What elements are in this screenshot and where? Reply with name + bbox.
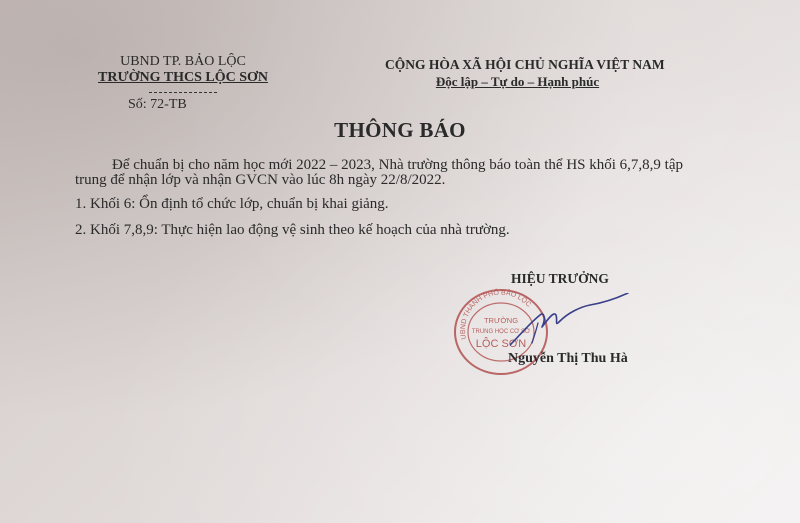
signer-position: HIỆU TRƯỞNG bbox=[511, 271, 609, 287]
nation-name: CỘNG HÒA XÃ HỘI CHỦ NGHĨA VIỆT NAM bbox=[385, 57, 650, 73]
header-left: UBND TP. BẢO LỘC TRƯỜNG THCS LỘC SƠN Số:… bbox=[88, 52, 278, 113]
document-title: THÔNG BÁO bbox=[0, 118, 800, 143]
document-number: Số: 72-TB bbox=[88, 97, 278, 113]
list-item: 1. Khối 6: Ổn định tổ chức lớp, chuẩn bị… bbox=[75, 196, 389, 213]
header-divider bbox=[149, 92, 217, 93]
signer-name: Nguyễn Thị Thu Hà bbox=[508, 351, 628, 367]
header-right: CỘNG HÒA XÃ HỘI CHỦ NGHĨA VIỆT NAM Độc l… bbox=[385, 57, 650, 90]
national-motto: Độc lập – Tự do – Hạnh phúc bbox=[385, 74, 650, 90]
school-name: TRƯỜNG THCS LỘC SƠN bbox=[88, 70, 278, 86]
body-line-2: trung để nhận lớp và nhận GVCN vào lúc 8… bbox=[75, 172, 445, 189]
list-item: 2. Khối 7,8,9: Thực hiện lao động vệ sin… bbox=[75, 222, 510, 239]
handwritten-signature bbox=[510, 293, 630, 353]
authority-name: UBND TP. BẢO LỘC bbox=[120, 54, 246, 69]
